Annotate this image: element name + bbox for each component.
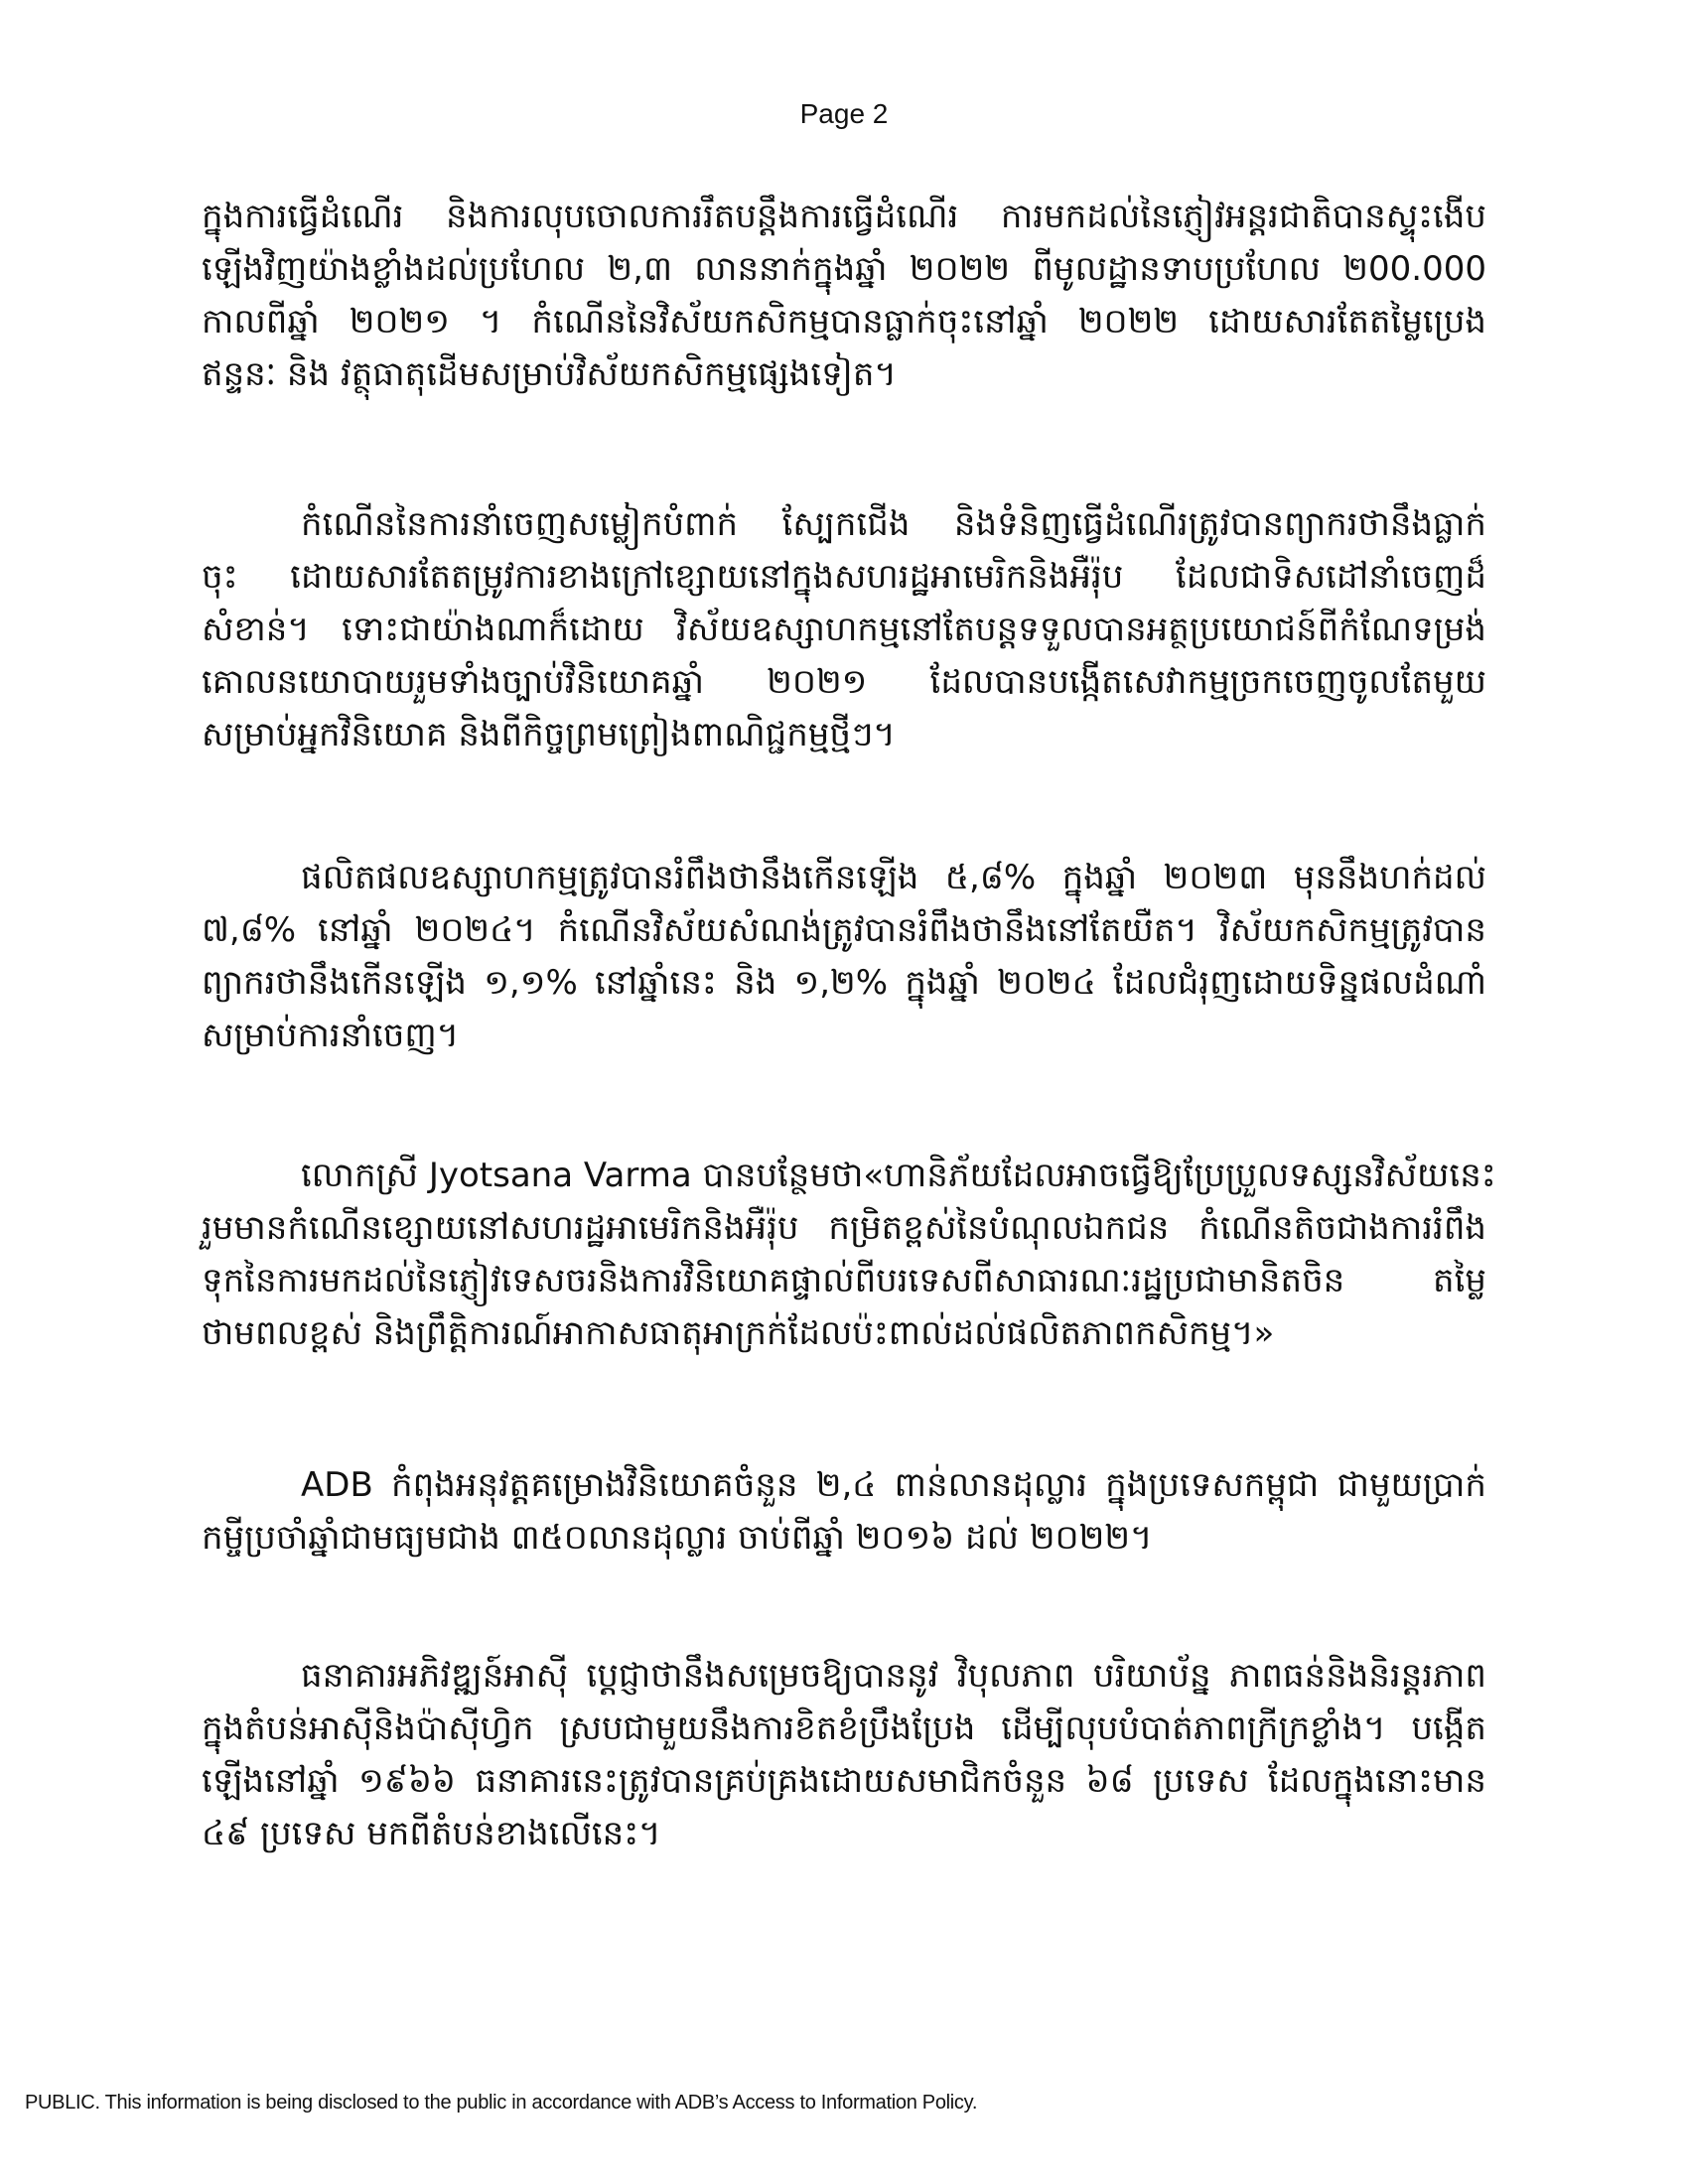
text-line: ក្នុងការធ្វើដំណើរ និងការលុបចោលការរឹតបន្ត… <box>202 191 1486 243</box>
public-disclosure-footer: PUBLIC. This information is being disclo… <box>25 2088 977 2117</box>
paragraph-industrial-output-forecast: ផលិតផលឧស្សាហកម្មត្រូវបានរំពឹងថានឹងកើនឡើង… <box>202 852 1486 1062</box>
text-line: កាលពីឆ្នាំ ២០២១ ។ កំណើននៃវិស័យកសិកម្មបាន… <box>202 296 1486 348</box>
text-line: ចុះ ដោយសារតែតម្រូវការខាងក្រៅខ្សោយនៅក្នុង… <box>202 551 1486 604</box>
text-line: ធនាគារអភិវឌ្ឍន៍អាស៊ី ប្តេជ្ញាថានឹងសម្រេច… <box>202 1650 1486 1703</box>
text-line: ៧,៨% នៅឆ្នាំ ២០២៤។ កំណើនវិស័យសំណង់ត្រូវប… <box>202 904 1486 957</box>
paragraph-risks-quote: លោកស្រី Jyotsana Varma បានបន្ថែមថា«ហានិភ… <box>202 1150 1486 1360</box>
text-line: ក្នុងតំបន់អាស៊ីនិងប៉ាស៊ីហ្វិក ស្របជាមួយន… <box>202 1703 1486 1755</box>
text-line: សំខាន់។ ទោះជាយ៉ាងណាក៏ដោយ វិស័យឧស្សាហកម្ម… <box>202 604 1486 656</box>
text-line: ថាមពលខ្ពស់ និងព្រឹត្តិការណ៍អាកាសធាតុអាក្… <box>202 1307 1486 1360</box>
text-line: ៤៩ ប្រទេស មកពីតំបន់ខាងលើនេះ។ <box>202 1808 1486 1860</box>
paragraph-exports-industry: កំណើននៃការនាំចេញសម្លៀកបំពាក់ ស្បែកជើង និ… <box>202 498 1486 761</box>
text-line: ទុកនៃការមកដល់នៃភ្ញៀវទេសចរនិងការវិនិយោគផ្… <box>202 1255 1486 1307</box>
text-line: រួមមានកំណើនខ្សោយនៅសហរដ្ឋអាមេរិកនិងអឺរ៉ុប… <box>202 1202 1486 1255</box>
paragraph-adb-portfolio: ADB កំពុងអនុវត្តគម្រោងវិនិយោគចំនួន ២,៤ ព… <box>202 1459 1486 1565</box>
text-line: ADB កំពុងអនុវត្តគម្រោងវិនិយោគចំនួន ២,៤ ព… <box>202 1459 1486 1512</box>
paragraph-adb-about: ធនាគារអភិវឌ្ឍន៍អាស៊ី ប្តេជ្ញាថានឹងសម្រេច… <box>202 1650 1486 1860</box>
text-line: កម្ចីប្រចាំឆ្នាំជាមធ្យមជាង ៣៥០លានដុល្លារ… <box>202 1512 1486 1565</box>
text-line: ព្យាករថានឹងកើនឡើង ១,១% នៅឆ្នាំនេះ និង ១,… <box>202 957 1486 1010</box>
paragraph-tourism-agriculture: ក្នុងការធ្វើដំណើរ និងការលុបចោលការរឹតបន្ត… <box>202 191 1486 401</box>
text-line: ឡើងវិញយ៉ាងខ្លាំងដល់ប្រហែល ២,៣ លាននាក់ក្ន… <box>202 243 1486 296</box>
text-line: លោកស្រី Jyotsana Varma បានបន្ថែមថា«ហានិភ… <box>202 1150 1486 1202</box>
text-line: កំណើននៃការនាំចេញសម្លៀកបំពាក់ ស្បែកជើង និ… <box>202 498 1486 551</box>
text-line: ឡើងនៅឆ្នាំ ១៩៦៦ ធនាគារនេះត្រូវបានគ្រប់គ្… <box>202 1755 1486 1808</box>
text-line: សម្រាប់អ្នកវិនិយោគ និងពីកិច្ចព្រមព្រៀងពា… <box>202 709 1486 761</box>
text-line: ផលិតផលឧស្សាហកម្មត្រូវបានរំពឹងថានឹងកើនឡើង… <box>202 852 1486 904</box>
text-line: គោលនយោបាយរួមទាំងច្បាប់វិនិយោគឆ្នាំ ២០២១ … <box>202 656 1486 709</box>
text-line: សម្រាប់ការនាំចេញ។ <box>202 1010 1486 1062</box>
page-number-header: Page 2 <box>0 94 1688 134</box>
text-line: ឥន្ទនៈ និង វត្ថុធាតុដើមសម្រាប់វិស័យកសិកម… <box>202 348 1486 401</box>
